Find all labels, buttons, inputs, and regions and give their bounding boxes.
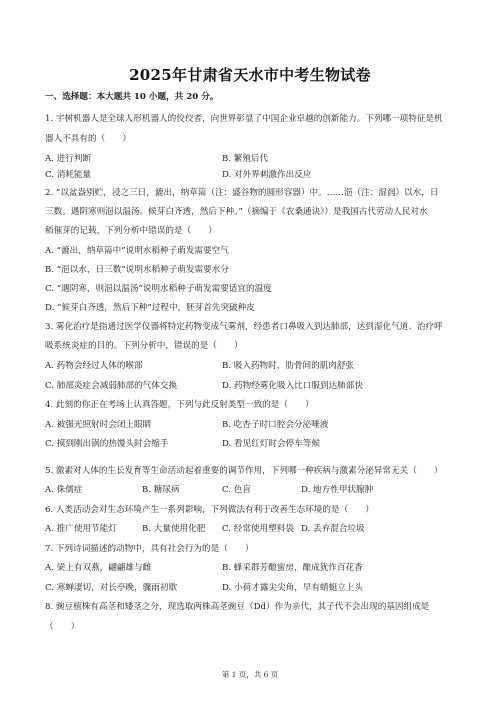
option-c: C. 摸到刚出锅的热馒头时会缩手 xyxy=(45,438,168,450)
option-c: C. 色盲 xyxy=(222,484,251,496)
option-b: B. 繁殖后代 xyxy=(222,153,268,165)
question-stem-line: 三数。遇阴寒则浥以温汤。候芽白齐透，然后下种。”（摘编于《农桑通诀》）是我国古代… xyxy=(45,206,428,218)
question-stem-line: 6. 人类活动会对生态环境产生一系列影响，下列做法有利于改善生态环境的是（ ） xyxy=(45,504,374,516)
option-a: A. 推广使用节能灯 xyxy=(45,523,117,535)
option-d: D. 地方性甲状腺肿 xyxy=(301,484,373,496)
section-header: 一、选择题：本大题共 10 小题，共 20 分。 xyxy=(45,90,218,102)
option-d: D. 小荷才露尖尖角，早有蜻蜓立上头 xyxy=(222,582,363,594)
option-c: C. 经常使用塑料袋 xyxy=(222,523,294,535)
option-b: B. 吃杏子时口腔会分泌唾液 xyxy=(222,419,328,431)
question-stem-line: 3. 雾化治疗是指通过医学仪器将特定药物变成气雾剂，经患者口鼻吸入到达肺部，达到… xyxy=(45,321,443,333)
option-a: A. 进行判断 xyxy=(45,153,91,165)
option-b: B. 糖尿病 xyxy=(142,484,180,496)
question-stem-line: 5. 激素对人体的生长发育等生命活动起着重要的调节作用，下列哪一种疾病与激素分泌… xyxy=(45,465,443,477)
option-c: C. “遇阴寒，则浥以温汤”说明水稻种子萌发需要适宜的温度 xyxy=(45,283,272,295)
option-d: D. 药物经雾化吸入比口服到达肺部快 xyxy=(222,380,363,392)
option-a: A. 侏儒症 xyxy=(45,484,82,496)
option-d: D. 对外界刺激作出反应 xyxy=(222,169,311,181)
option-a: A. 药物会经过人体的喉部 xyxy=(45,360,143,372)
option-d: D. 丢弃混合垃圾 xyxy=(301,523,365,535)
option-c: C. 寒蝉凄切，对长亭晚，骤雨初歇 xyxy=(45,582,177,594)
option-b: B. 大量使用化肥 xyxy=(142,523,205,535)
option-a: A. “漉出，纳草篅中”说明水稻种子萌发需要空气 xyxy=(45,245,229,257)
question-stem-line: 7. 下列诗词描述的动物中，具有社会行为的是（ ） xyxy=(45,543,254,555)
option-b: B. “浥以水，日三数”说明水稻种子萌发需要水分 xyxy=(45,264,229,276)
option-b: B. 吸入药物时，肋骨间的肌肉舒张 xyxy=(222,360,354,372)
option-a: A. 梁上有双燕，翩翩雄与雌 xyxy=(45,562,151,574)
option-d: D. 看见红灯时会停车等候 xyxy=(222,438,320,450)
option-c: C. 肺部炎症会减弱肺部的气体交换 xyxy=(45,380,177,392)
page-title: 2025年甘肃省天水市中考生物试卷 xyxy=(0,64,500,85)
page-footer: 第 1 页，共 6 页 xyxy=(0,669,500,680)
option-c: C. 消耗能量 xyxy=(45,169,91,181)
question-stem-line: 2. “以盆盎别贮，浸之三日，漉出，纳草篅（注：盛谷物的圆形容器）中。……浥（注… xyxy=(45,187,438,199)
question-stem-line: 1. 宇树机器人是全球人形机器人的佼佼者，向世界彰显了中国企业卓越的创新能力。下… xyxy=(45,113,443,125)
option-d: D. “候芽白齐透，然后下种”过程中，胚芽首先突破种皮 xyxy=(45,302,255,314)
question-stem-line: （ ） xyxy=(45,621,79,633)
option-a: A. 被强光照射时会闭上眼睛 xyxy=(45,419,151,431)
exam-page: 2025年甘肃省天水市中考生物试卷 一、选择题：本大题共 10 小题，共 20 … xyxy=(0,0,500,708)
question-stem-line: 4. 此刻的你正在考场上认真答题，下列与此反射类型一致的是（ ） xyxy=(45,399,314,411)
option-b: B. 蜂采群芳酿蜜房，酿成犹作百花香 xyxy=(222,562,363,574)
question-stem-line: 稻催芽的记载，下列分析中错误的是（ ） xyxy=(45,225,217,237)
question-stem-line: 8. 豌豆植株有高茎和矮茎之分，现选取两株高茎豌豆（Dd）作为亲代，其子代不会出… xyxy=(45,601,429,613)
question-stem-line: 器人不具有的（ ） xyxy=(45,133,131,145)
question-stem-line: 吸系统炎症的目的。下列分析中，错误的是（ ） xyxy=(45,340,243,352)
